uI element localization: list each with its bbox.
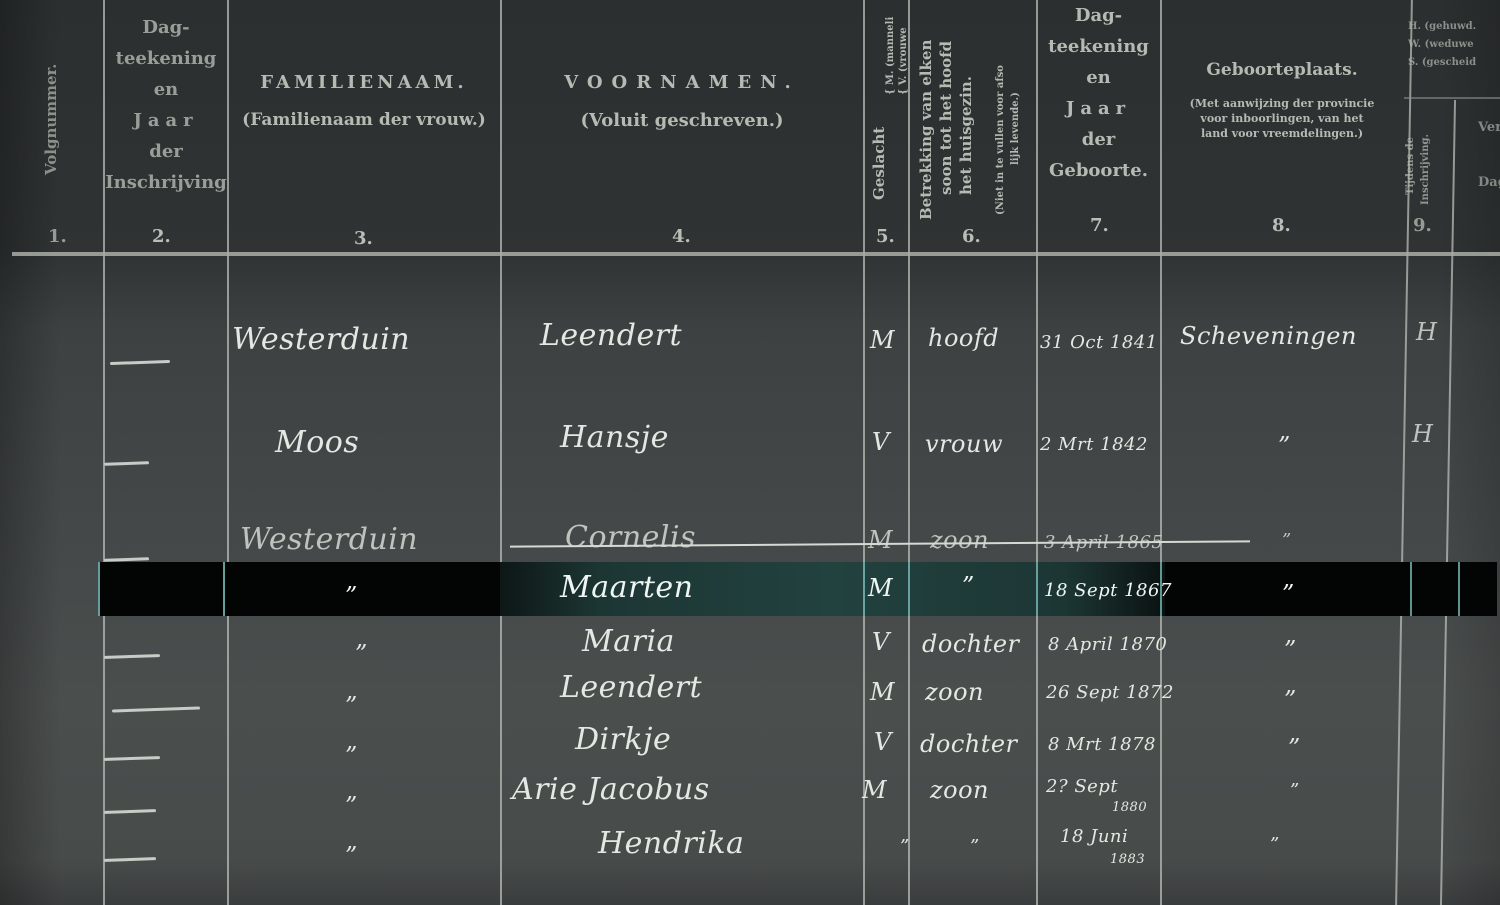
band-rule <box>1036 562 1038 616</box>
birth-date-cell: 2? Sept <box>1046 776 1118 797</box>
given-name-cell: Maarten <box>560 570 693 605</box>
col-rule-4 <box>863 0 865 905</box>
birth-year-cell: 1883 <box>1110 852 1145 867</box>
birthplace-cell: ” <box>1282 530 1292 551</box>
relation-cell: zoon <box>930 526 989 554</box>
header-col2-title: Dag- teekening en Jaar der Inschrijving <box>104 12 228 198</box>
relation-cell: zoon <box>925 678 984 706</box>
band-rule <box>1410 562 1412 616</box>
header-col4-title: VOORNAMEN. <box>501 72 863 95</box>
row-dash <box>104 461 149 466</box>
header-col5-num: 5. <box>876 226 895 247</box>
relation-cell: ” <box>970 836 980 857</box>
header-col8-title: Geboorteplaats. <box>1161 60 1403 81</box>
header-col7-num: 7. <box>1090 215 1109 236</box>
row-dash <box>104 756 160 761</box>
header-col10-partial-2: Dag <box>1478 175 1500 191</box>
sex-cell: V <box>874 728 892 756</box>
register-page: Volgnummer. 1. Dag- teekening en Jaar de… <box>0 0 1500 905</box>
birthplace-cell: ” <box>1270 834 1280 855</box>
birth-date-cell: 2 Mrt 1842 <box>1040 434 1148 455</box>
header-col1-title: Volgnummer. <box>42 64 60 175</box>
header-col9-num: 9. <box>1413 215 1432 236</box>
surname-cell: Westerduin <box>240 522 418 557</box>
sex-cell: V <box>872 628 890 656</box>
header-col9-line1: Tijdens de <box>1405 137 1416 195</box>
surname-cell: Moos <box>275 425 359 460</box>
header-col6-line3: het huisgezin. <box>957 76 975 195</box>
relation-cell: dochter <box>922 630 1020 658</box>
header-col6-line2: soon tot het hoofd <box>937 41 955 195</box>
civil-group-divider <box>1404 97 1500 99</box>
header-col4-subtitle: (Voluit geschreven.) <box>501 110 863 133</box>
surname-cell: ” <box>345 742 358 770</box>
birth-date-cell: 18 Juni <box>1060 826 1128 847</box>
row-dash <box>110 360 170 365</box>
given-name-cell: Hendrika <box>598 826 744 861</box>
given-name-cell: Cornelis <box>565 520 696 555</box>
header-col2-num: 2. <box>152 226 171 247</box>
col-rule-9 <box>1440 100 1456 905</box>
birthplace-cell: ” <box>1288 734 1301 762</box>
birthplace-cell: ” <box>1290 780 1300 801</box>
sex-cell: ” <box>900 836 910 857</box>
relation-cell: zoon <box>930 776 989 804</box>
header-col6-note2: lijk levende.) <box>1010 92 1021 165</box>
sex-cell: M <box>862 776 887 804</box>
surname-cell: ” <box>345 692 358 720</box>
birth-date-cell: 31 Oct 1841 <box>1040 332 1158 353</box>
relation-cell: ” <box>962 572 975 600</box>
header-col8-subtitle: (Met aanwijzing der provincie voor inboo… <box>1161 96 1403 141</box>
surname-cell: ” <box>345 842 358 870</box>
header-col8-num: 8. <box>1272 215 1291 236</box>
header-col6-num: 6. <box>962 226 981 247</box>
birthplace-cell: Scheveningen <box>1180 322 1357 350</box>
surname-cell: ” <box>355 640 368 668</box>
given-name-cell: Leendert <box>540 318 682 353</box>
birth-date-cell: 8 April 1870 <box>1048 634 1167 655</box>
given-name-cell: Leendert <box>560 670 702 705</box>
birthplace-cell: ” <box>1284 686 1297 714</box>
birth-date-cell: 18 Sept 1867 <box>1044 580 1172 601</box>
header-col5-sub2: { V. (vrouwe <box>898 27 909 95</box>
sex-cell: M <box>868 574 893 602</box>
header-divider <box>12 252 1500 256</box>
header-col10-partial-1: Ver <box>1478 120 1500 136</box>
header-col9-line2: Inschrijving. <box>1420 134 1431 205</box>
given-name-cell: Maria <box>582 624 675 659</box>
birth-date-cell: 26 Sept 1872 <box>1046 682 1174 703</box>
surname-cell: ” <box>345 792 358 820</box>
row-dash <box>104 857 156 862</box>
birthplace-cell: ” <box>1284 636 1297 664</box>
birth-date-cell: 8 Mrt 1878 <box>1048 734 1156 755</box>
given-name-cell: Arie Jacobus <box>512 772 710 807</box>
header-col4-num: 4. <box>672 226 691 247</box>
sex-cell: V <box>872 428 890 456</box>
relation-cell: vrouw <box>925 430 1003 458</box>
sex-cell: M <box>870 326 895 354</box>
given-name-cell: Hansje <box>560 420 669 455</box>
sex-cell: M <box>870 678 895 706</box>
band-rule <box>908 562 910 616</box>
band-rule <box>1458 562 1460 616</box>
civil-status-cell: H <box>1416 318 1437 346</box>
header-col5-sub1: { M. (manneli <box>885 17 896 95</box>
birth-year-cell: 1880 <box>1112 800 1147 815</box>
sex-cell: M <box>868 526 893 554</box>
header-col7-title: Dag- teekening en Jaar der Geboorte. <box>1037 0 1160 186</box>
band-rule <box>223 562 225 616</box>
surname-cell: Westerduin <box>232 322 410 357</box>
civil-status-cell: H <box>1412 420 1433 448</box>
band-rule <box>98 562 100 616</box>
header-col5-title: Geslacht <box>870 127 888 200</box>
given-name-cell: Dirkje <box>575 722 671 757</box>
header-col6-line1: Betrekking van elken <box>917 40 935 220</box>
header-col6-note1: (Niet in te vullen voor afso <box>995 65 1006 215</box>
col-rule-5 <box>908 0 910 905</box>
surname-cell: ” <box>345 582 358 610</box>
header-col3-subtitle: (Familienaam der vrouw.) <box>228 110 500 131</box>
row-dash <box>104 654 160 659</box>
header-col9-group: H. (gehuwd. W. (weduwe S. (gescheid <box>1408 18 1500 72</box>
row-dash <box>112 706 200 712</box>
relation-cell: dochter <box>920 730 1018 758</box>
header-col3-num: 3. <box>354 228 373 249</box>
birthplace-cell: ” <box>1278 432 1291 460</box>
col-rule-3 <box>500 0 502 905</box>
band-rule <box>863 562 865 616</box>
header-col1-num: 1. <box>48 226 67 247</box>
header-col3-title: FAMILIENAAM. <box>228 72 500 95</box>
relation-cell: hoofd <box>928 324 999 352</box>
birthplace-cell: ” <box>1282 580 1295 608</box>
row-dash <box>104 809 156 814</box>
